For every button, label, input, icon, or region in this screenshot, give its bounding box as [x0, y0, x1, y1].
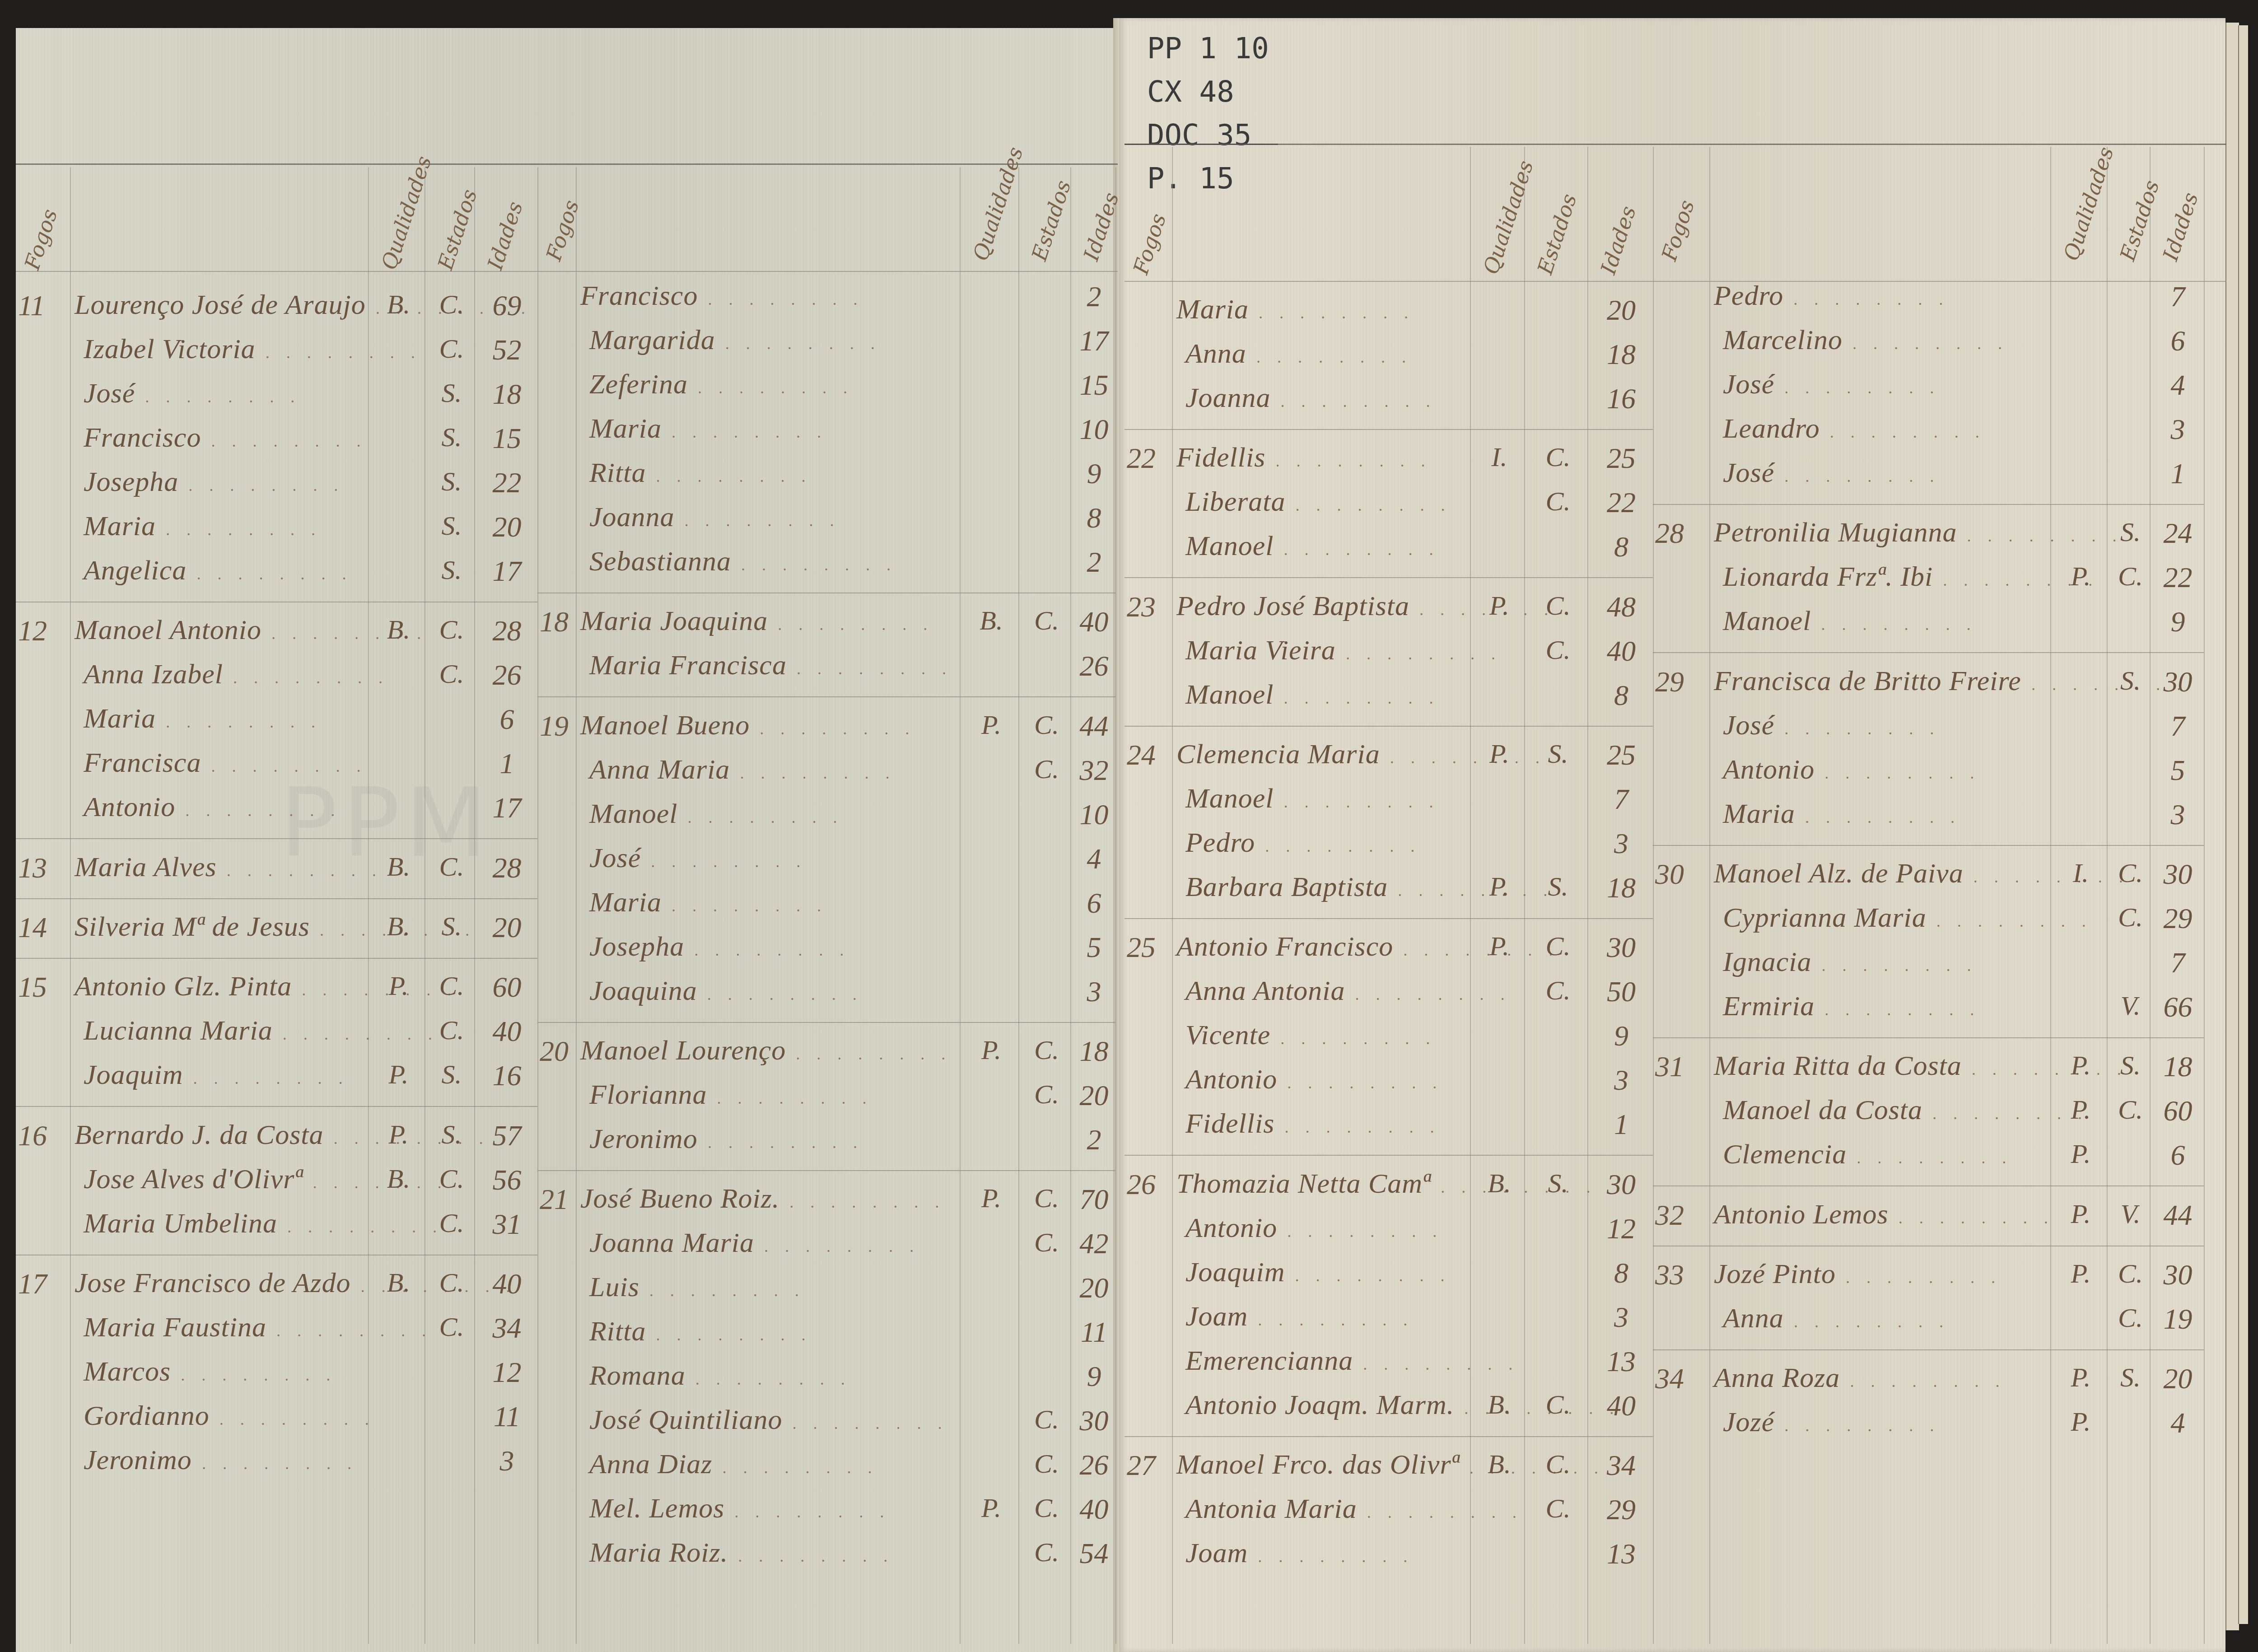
estado-value: C. [431, 971, 472, 1002]
idade-value: 11 [481, 1400, 533, 1433]
person-name: Maria Joaquina [580, 605, 934, 637]
household-number: 12 [18, 614, 47, 648]
person-name: Maria [84, 703, 322, 735]
person-name: Joaquina [589, 975, 863, 1007]
column-rule [1709, 147, 1710, 1644]
person-name: Manoel [589, 798, 844, 830]
person-name: Joam [1185, 1537, 1414, 1569]
person-name: José Quintiliano [589, 1404, 949, 1436]
idade-value: 20 [1077, 1271, 1111, 1305]
archive-label-line: P. 15 [1147, 157, 1269, 201]
idade-value: 20 [481, 510, 533, 544]
estado-value: S. [431, 1059, 472, 1090]
household-separator [1653, 1037, 2204, 1038]
person-name: José [589, 842, 807, 874]
person-name: Maria [589, 887, 828, 919]
person-name: Anna Antonia [1185, 975, 1512, 1007]
estado-value: S. [2113, 665, 2147, 696]
idade-value: 30 [2156, 858, 2199, 891]
idade-value: 3 [2156, 413, 2199, 446]
estado-value: C. [1025, 1227, 1068, 1258]
idade-value: 60 [481, 971, 533, 1004]
qualidade-value: I. [1477, 442, 1522, 473]
person-name: Antonio [1185, 1064, 1443, 1096]
person-name: Jozé Pinto [1714, 1258, 2002, 1290]
household-separator [1653, 652, 2204, 653]
idade-value: 7 [2156, 709, 2199, 743]
idade-value: 26 [481, 658, 533, 692]
idade-value: 3 [1594, 1064, 1648, 1097]
household-number: 23 [1127, 590, 1156, 624]
person-name: Manoel Bueno [580, 709, 916, 742]
person-name: Marcelino [1723, 324, 2009, 356]
household-number: 24 [1127, 738, 1156, 772]
idade-value: 1 [481, 747, 533, 780]
person-name: Florianna [589, 1079, 873, 1111]
household-number: 30 [1655, 858, 1684, 891]
household-number: 21 [540, 1183, 569, 1216]
idade-value: 32 [1077, 754, 1111, 787]
household-separator [1124, 1155, 1653, 1156]
person-name: José [1723, 709, 1941, 742]
person-name: Bernardo J. da Costa [75, 1119, 490, 1151]
idade-value: 34 [481, 1311, 533, 1345]
column-rule [1070, 167, 1071, 1644]
idade-value: 44 [2156, 1199, 2199, 1232]
idade-value: 18 [1077, 1035, 1111, 1068]
household-separator [1124, 429, 1653, 430]
person-name: Marcos [84, 1356, 337, 1388]
archive-label-line: PP 1 10 [1147, 27, 1269, 70]
household-number: 34 [1655, 1362, 1684, 1395]
idade-value: 26 [1077, 1448, 1111, 1482]
qualidade-value: B. [375, 851, 422, 882]
idade-value: 2 [1077, 280, 1111, 313]
qualidade-value: P. [375, 1119, 422, 1150]
idade-value: 5 [1077, 931, 1111, 964]
idade-value: 30 [1077, 1404, 1111, 1437]
estado-value: C. [1025, 1183, 1068, 1214]
qualidade-value: P. [375, 971, 422, 1002]
household-separator [537, 1022, 1115, 1023]
person-name: Lucianna Maria [84, 1015, 439, 1047]
person-name: Antonio Lemos [1714, 1199, 2055, 1231]
estado-value: S. [431, 911, 472, 942]
column-rule [474, 167, 475, 1644]
person-name: Leandro [1723, 413, 1986, 445]
person-name: José [1723, 369, 1941, 401]
estado-value: S. [1531, 738, 1585, 770]
estado-value: C. [1025, 1537, 1068, 1568]
person-name: Maria Vieira [1185, 635, 1502, 667]
idade-value: 15 [481, 422, 533, 455]
idade-value: 22 [481, 466, 533, 499]
idade-value: 29 [2156, 902, 2199, 935]
qualidade-value: P. [2057, 1094, 2104, 1125]
household-number: 20 [540, 1035, 569, 1068]
household-separator [16, 602, 537, 602]
idade-value: 56 [481, 1163, 533, 1197]
person-name: Mel. Lemos [589, 1493, 891, 1525]
idade-value: 13 [1594, 1345, 1648, 1378]
qualidade-value: P. [2057, 1139, 2104, 1170]
idade-value: 25 [1594, 738, 1648, 772]
qualidade-value: P. [2057, 1050, 2104, 1081]
idade-value: 3 [2156, 798, 2199, 831]
household-separator [1653, 1349, 2204, 1350]
idade-value: 8 [1594, 1256, 1648, 1290]
person-name: Lionarda Frzª. Ibi [1723, 561, 2099, 593]
idade-value: 60 [2156, 1094, 2199, 1128]
estado-value: C. [431, 658, 472, 690]
person-name: Anna Roza [1714, 1362, 2006, 1394]
person-name: Joanna Maria [589, 1227, 920, 1259]
person-name: Liberata [1185, 486, 1452, 518]
idade-value: 10 [1077, 798, 1111, 831]
qualidade-value: P. [2057, 1362, 2104, 1393]
estado-value: C. [1025, 1079, 1068, 1110]
household-separator [537, 696, 1115, 697]
column-rule [1018, 167, 1019, 1644]
qualidade-value: P. [2057, 1199, 2104, 1230]
estado-value: S. [431, 510, 472, 541]
column-rule [1115, 167, 1116, 1644]
idade-value: 22 [2156, 561, 2199, 594]
household-separator [16, 958, 537, 959]
qualidade-value: B. [1477, 1449, 1522, 1480]
idade-value: 18 [1594, 338, 1648, 371]
person-name: Jeronimo [84, 1444, 358, 1476]
person-name: Manoel [1185, 783, 1440, 815]
estado-value: C. [1025, 1035, 1068, 1066]
column-rule [1653, 147, 1654, 1644]
idade-value: 5 [2156, 754, 2199, 787]
person-name: Ermiria [1723, 990, 1981, 1022]
qualidade-value: I. [2057, 858, 2104, 889]
person-name: Antonio [84, 791, 341, 823]
person-name: Maria [1723, 798, 1961, 830]
column-rule [1172, 147, 1173, 1644]
person-name: José [1723, 457, 1941, 489]
estado-value: S. [2113, 1362, 2147, 1393]
person-name: Anna Maria [589, 754, 896, 786]
qualidade-value: P. [375, 1059, 422, 1090]
idade-value: 40 [1594, 635, 1648, 668]
estado-value: C. [431, 614, 472, 645]
idade-value: 17 [1077, 324, 1111, 358]
estado-value: S. [431, 1119, 472, 1150]
column-rule [425, 167, 425, 1644]
idade-value: 30 [1594, 1168, 1648, 1201]
estado-value: C. [1531, 1449, 1585, 1480]
person-name: Joaquim [84, 1059, 350, 1091]
idade-value: 20 [1077, 1079, 1111, 1112]
idade-value: 17 [481, 555, 533, 588]
person-name: Jozé [1723, 1406, 1941, 1438]
column-rule [70, 167, 71, 1644]
estado-value: S. [2113, 517, 2147, 548]
qualidade-value: B. [375, 1163, 422, 1195]
column-rule [2107, 147, 2108, 1644]
column-rule [2150, 147, 2151, 1644]
idade-value: 30 [2156, 1258, 2199, 1292]
idade-value: 4 [2156, 369, 2199, 402]
person-name: Manoel da Costa [1723, 1094, 2089, 1126]
person-name: Maria [1176, 294, 1415, 326]
idade-value: 3 [481, 1444, 533, 1478]
person-name: Cyprianna Maria [1723, 902, 2093, 934]
header-bottom-rule [1124, 281, 2226, 282]
idade-value: 13 [1594, 1537, 1648, 1571]
household-separator [1124, 577, 1653, 578]
person-name: Antonia Maria [1185, 1493, 1523, 1525]
idade-value: 4 [1077, 842, 1111, 876]
idade-value: 9 [1077, 1360, 1111, 1393]
idade-value: 16 [481, 1059, 533, 1092]
household-separator [1124, 1436, 1653, 1437]
qualidade-value: P. [1477, 931, 1522, 962]
person-name: Clemencia [1723, 1139, 2013, 1171]
household-separator [1653, 1185, 2204, 1186]
person-name: Margarida [589, 324, 882, 356]
estado-value: C. [1531, 1389, 1585, 1420]
estado-value: S. [1531, 871, 1585, 902]
estado-value: C. [2113, 1094, 2147, 1125]
estado-value: C. [1531, 931, 1585, 962]
estado-value: C. [1025, 754, 1068, 785]
household-separator [537, 593, 1115, 593]
estado-value: C. [1531, 1493, 1585, 1524]
idade-value: 7 [2156, 946, 2199, 980]
qualidade-value: P. [1477, 590, 1522, 621]
estado-value: S. [1531, 1168, 1585, 1199]
idade-value: 26 [1077, 649, 1111, 683]
person-name: Petronilia Mugianna [1714, 517, 2123, 549]
archive-label-line: DOC 35 [1147, 114, 1269, 157]
household-number: 11 [18, 289, 45, 322]
idade-value: 30 [1594, 931, 1648, 964]
household-number: 13 [18, 851, 47, 885]
idade-value: 54 [1077, 1537, 1111, 1570]
idade-value: 9 [1594, 1019, 1648, 1053]
idade-value: 6 [1077, 887, 1111, 920]
person-name: Manoel [1185, 530, 1440, 562]
household-number: 14 [18, 911, 47, 944]
person-name: Maria Alves [75, 851, 383, 883]
estado-value: C. [431, 1163, 472, 1195]
household-number: 18 [540, 605, 569, 639]
estado-value: S. [431, 466, 472, 497]
column-rule [2204, 147, 2205, 1644]
idade-value: 4 [2156, 1406, 2199, 1440]
idade-value: 15 [1077, 369, 1111, 402]
idade-value: 16 [1594, 382, 1648, 415]
idade-value: 28 [481, 851, 533, 885]
idade-value: 40 [1077, 1493, 1111, 1526]
header-top-rule [1124, 144, 2226, 145]
idade-value: 50 [1594, 975, 1648, 1008]
person-name: Emerencianna [1185, 1345, 1519, 1377]
qualidade-value: B. [375, 614, 422, 645]
person-name: Fidellis [1185, 1108, 1441, 1140]
person-name: Gordianno [84, 1400, 376, 1432]
estado-value: C. [2113, 1258, 2147, 1289]
estado-value: V. [2113, 990, 2147, 1022]
idade-value: 18 [1594, 871, 1648, 905]
qualidade-value: B. [375, 1267, 422, 1298]
person-name: Anna [1185, 338, 1413, 370]
person-name: Maria Roiz. [589, 1537, 894, 1569]
household-separator [16, 1106, 537, 1107]
idade-value: 31 [481, 1208, 533, 1241]
person-name: Maria Umbelina [84, 1208, 443, 1240]
household-number: 25 [1127, 931, 1156, 964]
household-number: 17 [18, 1267, 47, 1301]
estado-value: C. [431, 289, 472, 320]
person-name: Francisco [84, 422, 367, 454]
idade-value: 20 [1594, 294, 1648, 327]
estado-value: C. [2113, 561, 2147, 592]
idade-value: 8 [1594, 679, 1648, 712]
person-name: José Bueno Roiz. [580, 1183, 946, 1215]
estado-value: V. [2113, 1199, 2147, 1230]
person-name: Josepha [84, 466, 345, 498]
estado-value: S. [431, 555, 472, 586]
estado-value: C. [431, 851, 472, 882]
qualidade-value: P. [966, 1493, 1016, 1524]
idade-value: 9 [2156, 605, 2199, 639]
idade-value: 8 [1594, 530, 1648, 564]
person-name: Antonio [1185, 1212, 1443, 1244]
idade-value: 40 [1077, 605, 1111, 639]
idade-value: 34 [1594, 1449, 1648, 1482]
household-number: 15 [18, 971, 47, 1004]
idade-value: 9 [1077, 457, 1111, 490]
column-rule [960, 167, 961, 1644]
household-separator [1653, 504, 2204, 505]
qualidade-value: P. [966, 709, 1016, 741]
page-edge-stack [2225, 23, 2239, 1630]
household-number: 33 [1655, 1258, 1684, 1292]
qualidade-value: B. [1477, 1389, 1522, 1420]
household-number: 26 [1127, 1168, 1156, 1201]
page-edge-stack-2 [2238, 25, 2248, 1624]
idade-value: 7 [2156, 280, 2199, 313]
archive-reference-label: PP 1 10 CX 48 DOC 35 P. 15 [1147, 27, 1269, 201]
household-number: 22 [1127, 442, 1156, 475]
header-top-rule [16, 163, 1118, 165]
archive-label-line: CX 48 [1147, 70, 1269, 114]
column-rule [537, 167, 538, 1644]
idade-value: 7 [1594, 783, 1648, 816]
idade-value: 42 [1077, 1227, 1111, 1260]
idade-value: 40 [481, 1015, 533, 1048]
household-separator [1124, 726, 1653, 727]
idade-value: 10 [1077, 413, 1111, 446]
idade-value: 40 [481, 1267, 533, 1301]
idade-value: 40 [1594, 1389, 1648, 1423]
idade-value: 18 [481, 378, 533, 411]
idade-value: 57 [481, 1119, 533, 1153]
header-bottom-rule [16, 271, 1118, 272]
person-name: Maria Francisca [589, 649, 953, 681]
idade-value: 69 [481, 289, 533, 322]
idade-value: 3 [1594, 827, 1648, 860]
qualidade-value: P. [1477, 738, 1522, 770]
estado-value: C. [1025, 1404, 1068, 1435]
idade-value: 18 [2156, 1050, 2199, 1083]
qualidade-value: B. [375, 911, 422, 942]
idade-value: 20 [481, 911, 533, 944]
person-name: Ignacia [1723, 946, 1978, 978]
person-name: Maria [589, 413, 828, 445]
person-name: Antonio [1723, 754, 1981, 786]
idade-value: 1 [2156, 457, 2199, 490]
estado-value: C. [1025, 1493, 1068, 1524]
estado-value: C. [431, 1015, 472, 1046]
person-name: Manoel Lourenço [580, 1035, 952, 1067]
household-number: 32 [1655, 1199, 1684, 1232]
estado-value: C. [431, 1208, 472, 1239]
person-name: Romana [589, 1360, 852, 1392]
person-name: Manoel [1185, 679, 1440, 711]
idade-value: 2 [1077, 546, 1111, 579]
idade-value: 25 [1594, 442, 1648, 475]
household-separator [16, 898, 537, 899]
person-name: Ritta [589, 1316, 812, 1348]
idade-value: 6 [2156, 1139, 2199, 1172]
household-number: 28 [1655, 517, 1684, 550]
qualidade-value: B. [966, 605, 1016, 636]
person-name: Maria Faustina [84, 1311, 433, 1344]
household-number: 19 [540, 709, 569, 743]
idade-value: 8 [1077, 501, 1111, 535]
qualidade-value: P. [1477, 871, 1522, 902]
qualidade-value: B. [375, 289, 422, 320]
person-name: Joam [1185, 1301, 1414, 1333]
household-number: 29 [1655, 665, 1684, 699]
idade-value: 52 [481, 333, 533, 367]
estado-value: C. [2113, 858, 2147, 889]
idade-value: 3 [1594, 1301, 1648, 1334]
household-number: 16 [18, 1119, 47, 1153]
estado-value: C. [1531, 486, 1585, 517]
person-name: José [84, 378, 301, 410]
idade-value: 48 [1594, 590, 1648, 624]
idade-value: 1 [1594, 1108, 1648, 1141]
idade-value: 12 [481, 1356, 533, 1389]
estado-value: C. [1025, 1448, 1068, 1479]
idade-value: 22 [1594, 486, 1648, 519]
person-name: Zeferina [589, 369, 854, 401]
idade-value: 6 [2156, 324, 2199, 358]
idade-value: 28 [481, 614, 533, 648]
person-name: Vicente [1185, 1019, 1437, 1051]
person-name: Manoel [1723, 605, 1977, 637]
idade-value: 66 [2156, 990, 2199, 1024]
qualidade-value: P. [2057, 561, 2104, 592]
idade-value: 70 [1077, 1183, 1111, 1216]
person-name: Fidellis [1176, 442, 1432, 474]
idade-value: 30 [2156, 665, 2199, 699]
idade-value: 24 [2156, 517, 2199, 550]
qualidade-value: P. [2057, 1258, 2104, 1289]
estado-value: C. [431, 1311, 472, 1343]
person-name: Anna Izabel [84, 658, 389, 691]
household-separator [16, 1255, 537, 1255]
household-number: 27 [1127, 1449, 1156, 1482]
estado-value: C. [1531, 635, 1585, 666]
